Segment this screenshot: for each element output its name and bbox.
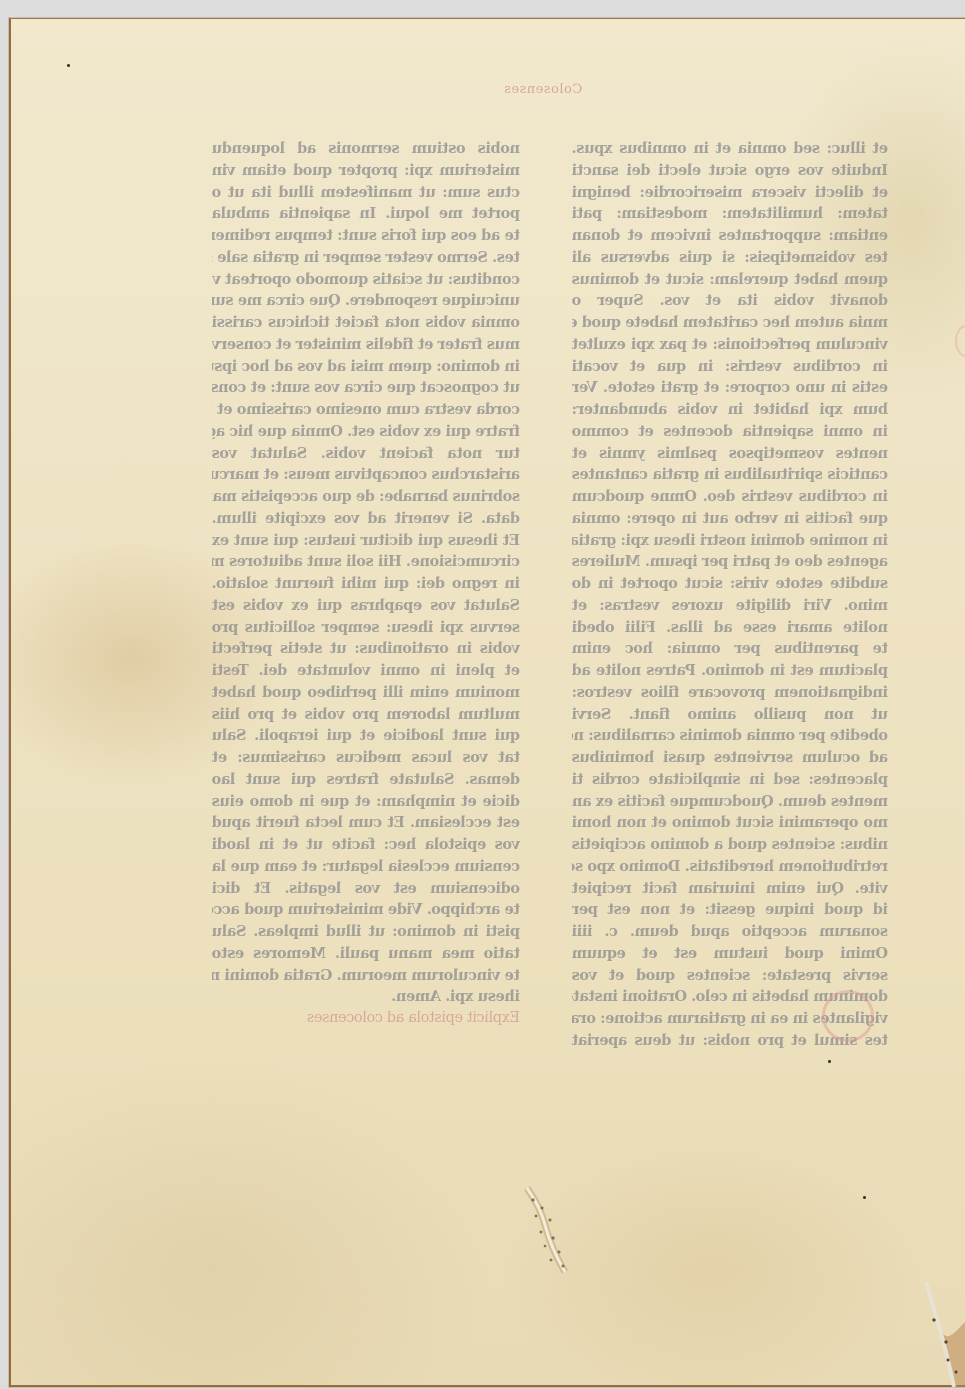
right-text-column: et illuc: sed omnia et in omnibus xpus.I… <box>572 138 888 1052</box>
text-line: vite. Qui enim iniuriam facit recipiet <box>572 878 888 900</box>
text-line: in cordibus vestris deo. Omne quodcum <box>572 486 888 508</box>
text-line: dicie et nimpham: et que in domo eius <box>212 791 520 813</box>
text-line: fratre qui ex vobis est. Omnia que hic a… <box>212 421 520 443</box>
text-line: donavit vobis ita et vos. Super o <box>572 290 888 312</box>
text-line: pisti in domino: ut illud impleas. Salu <box>212 921 520 943</box>
text-line: tes vobismetipsis: si quis adversus ali <box>572 247 888 269</box>
text-line: tatio mea manu pauli. Memores esto <box>212 943 520 965</box>
text-line: multum laborem pro vobis et pro hiis <box>212 704 520 726</box>
text-line: mus frater et fidelis minister et conser… <box>212 334 520 356</box>
left-text-column: nobis ostium sermonis ad loquendumisteri… <box>212 138 520 1030</box>
text-line: corda vestra cum onesimo carissimo et fi… <box>212 399 520 421</box>
text-line: mnia autem hec caritatem habete quod est <box>572 312 888 334</box>
text-line: unicuique respondere. Que circa me sunt <box>212 290 520 312</box>
text-line: estis in uno corpore: et grati estote. V… <box>572 377 888 399</box>
text-line: nobis ostium sermonis ad loquendu <box>212 138 520 160</box>
text-line: conditus: ut sciatis quomodo oporteat vo… <box>212 269 520 291</box>
text-line: in nomine domini nostri ihesu xpi: grati… <box>572 530 888 552</box>
ink-speck <box>863 1196 866 1199</box>
text-line: tatem: humilitatem: modestiam: pati <box>572 203 888 225</box>
text-line: servus xpi ihesu: semper sollicitus pro <box>212 617 520 639</box>
text-line: ut non pusillo animo fiant. Servi <box>572 704 888 726</box>
text-line: in domino: quem misi ad vos ad hoc ipsum <box>212 356 520 378</box>
text-line: te ad eos qui foris sunt: tempus redimen <box>212 225 520 247</box>
text-line: in omni sapientia docentes et commo <box>572 421 888 443</box>
text-line: sonarum acceptio apud deum. c. iiii <box>572 921 888 943</box>
running-head: Colosenses <box>498 82 588 97</box>
text-line: nibus: scientes quod a domino accipietis <box>572 834 888 856</box>
text-line: nolite amari esse ad illas. Filii obedi <box>572 617 888 639</box>
text-line: quem habet querelam: sicut et dominus <box>572 269 888 291</box>
text-line: vinculum perfectionis: et pax xpi exulte… <box>572 334 888 356</box>
text-line: subdite estote viris: sicut oportet in d… <box>572 573 888 595</box>
text-line: mo operamini sicut domino et non homi <box>572 812 888 834</box>
text-line: et dilecti viscera misericordie: benigni <box>572 182 888 204</box>
text-line: qui sunt laodicie et qui ierapoli. Salu <box>212 725 520 747</box>
text-line: te vinculorum meorum. Gratia domini nost… <box>212 965 520 987</box>
text-line: nentes vosmetipsos psalmis ymnis et <box>572 443 888 465</box>
text-line: tat vos lucas medicus carissimus: et <box>212 747 520 769</box>
text-line: agentes deo et patri per ipsum. Mulieres <box>572 551 888 573</box>
text-line: in cordibus vestris: in qua et vocati <box>572 356 888 378</box>
text-line: vobis in orationibus: ut stetis perfecti <box>212 638 520 660</box>
text-line: Et ihesus qui dicitur iustus: qui sunt e… <box>212 530 520 552</box>
text-line: canticis spiritualibus in gratia cantant… <box>572 464 888 486</box>
text-line: bum xpi habitet in vobis abundanter: <box>572 399 888 421</box>
text-line: placentes: sed in simplicitate cordis ti <box>572 769 888 791</box>
explicit-rubric: Explicit epistola ad colocenses <box>212 1008 520 1030</box>
text-line: aristarchus concaptivus meus: et marcus … <box>212 464 520 486</box>
text-line: tur nota facient vobis. Salutat vos <box>212 443 520 465</box>
text-line: mentes deum. Quodcumque facitis ex ani <box>572 791 888 813</box>
text-line: retributionem hereditatis. Domino xpo se… <box>572 856 888 878</box>
text-line: sobrinus barnabe: de quo accepistis man <box>212 486 520 508</box>
text-line: ctus sum: ut manifestem illud ita ut o <box>212 182 520 204</box>
rubricated-initial-showthrough <box>822 990 874 1042</box>
text-line: data. Si venerit ad vos excipite illum. <box>212 508 520 530</box>
text-line: portet me loqui. In sapientia ambula <box>212 203 520 225</box>
text-line: odicensium est vos legatis. Et dici <box>212 878 520 900</box>
text-line: servis prestate: scientes quod et vos <box>572 965 888 987</box>
parchment-tear-corner <box>920 1262 965 1387</box>
text-line: entiam: supportantes invicem et donan <box>572 225 888 247</box>
text-line: mino. Viri diligite uxores vestras: et <box>572 595 888 617</box>
text-line: obedite per omnia dominis carnalibus: no… <box>572 725 888 747</box>
text-line: que facitis in verbo aut in opere: omnia <box>572 508 888 530</box>
rubric-showthrough-mark <box>955 325 965 357</box>
text-line: est ecclesiam. Et cum lecta fuerit apud <box>212 812 520 834</box>
text-line: vos epistola hec: facite ut et in laodi <box>212 834 520 856</box>
text-line: Omini quod iustum est et equum <box>572 943 888 965</box>
ink-speck <box>828 1060 831 1063</box>
text-line: te archippo. Vide ministerium quod acce <box>212 899 520 921</box>
ink-speck <box>67 64 70 67</box>
text-line: omnia vobis nota faciet tichicus carissi <box>212 312 520 334</box>
text-line: censium ecclesia legatur: et eam que la <box>212 856 520 878</box>
text-line: ut cognoscat que circa vos sunt: et cons… <box>212 377 520 399</box>
text-line: Induite vos ergo sicut electi dei sancti <box>572 160 888 182</box>
text-line: ihesu xpi. Amen. <box>212 986 520 1008</box>
text-line: circumcisione. Hii soli sunt adiutores m… <box>212 551 520 573</box>
text-line: ad oculum servientes quasi hominibus <box>572 747 888 769</box>
text-line: placitum est in domino. Patres nolite ad <box>572 660 888 682</box>
text-line: et pleni in omni voluntate dei. Testi <box>212 660 520 682</box>
text-line: indignationem provocare filios vestros: <box>572 682 888 704</box>
text-line: te parentibus per omnia: hoc enim <box>572 638 888 660</box>
text-line: misterium xpi: propter quod etiam vin <box>212 160 520 182</box>
text-line: Salutat vos epaphras qui ex vobis est <box>212 595 520 617</box>
text-line: in regno dei: qui mihi fuerunt solatio. <box>212 573 520 595</box>
text-line: monium enim illi perhibeo quod habet <box>212 682 520 704</box>
text-line: tes. Sermo vester semper in gratia sale … <box>212 247 520 269</box>
text-line: id quod inique gessit: et non est per <box>572 899 888 921</box>
parchment-tear-middle <box>515 1180 575 1280</box>
text-line: et illuc: sed omnia et in omnibus xpus. <box>572 138 888 160</box>
text-line: demas. Salutate fratres qui sunt lao <box>212 769 520 791</box>
